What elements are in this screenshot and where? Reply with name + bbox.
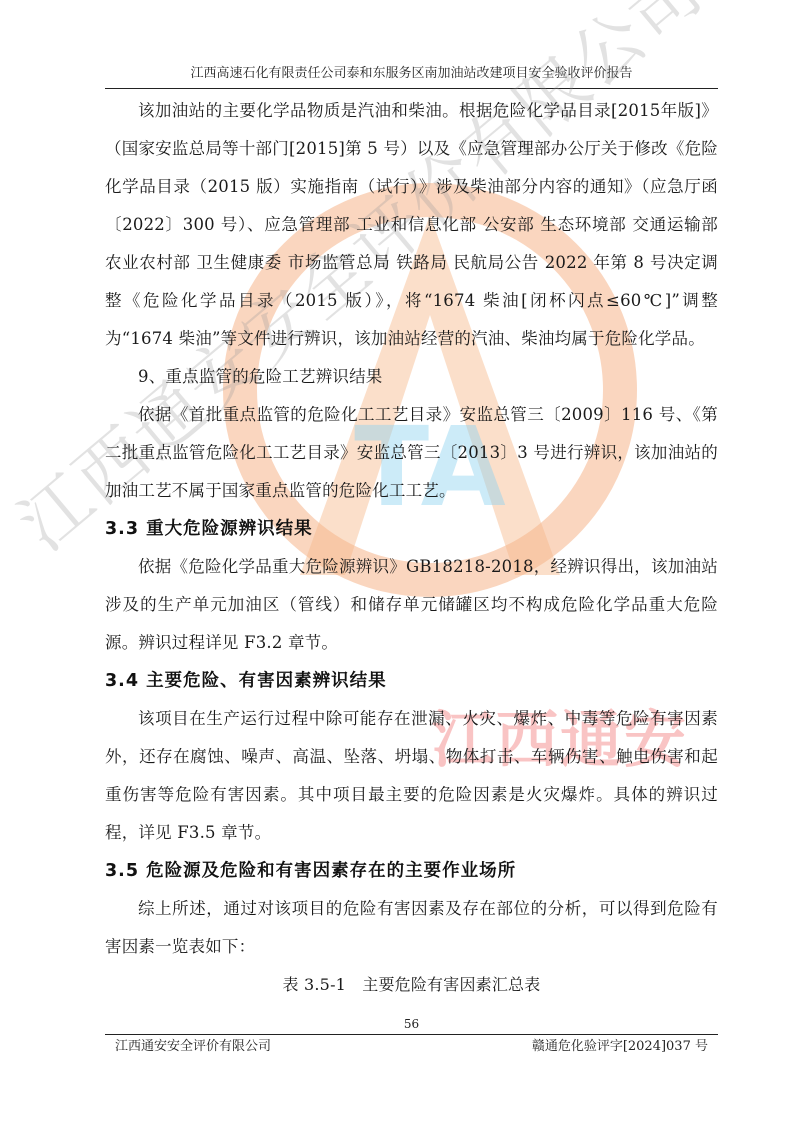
item-9-title: 9、重点监管的危险工艺辨识结果	[105, 358, 718, 396]
paragraph-hazardous-processes: 依据《首批重点监管的危险化工工艺目录》安监总管三〔2009〕116 号、《第二批…	[105, 396, 718, 510]
report-title: 江西高速石化有限责任公司泰和东服务区南加油站改建项目安全验收评价报告	[190, 66, 632, 81]
page-header: 江西高速石化有限责任公司泰和东服务区南加油站改建项目安全验收评价报告	[105, 64, 718, 89]
section-3-3-heading: 3.3 重大危险源辨识结果	[105, 510, 718, 548]
section-3-4-text: 该项目在生产运行过程中除可能存在泄漏、火灾、爆炸、中毒等危险有害因素外，还存在腐…	[105, 700, 718, 852]
page-footer: 江西通安安全评价有限公司 赣通危化验评字[2024]037 号	[105, 1034, 718, 1059]
page-number: 56	[105, 1016, 718, 1032]
section-3-4-heading: 3.4 主要危险、有害因素辨识结果	[105, 662, 718, 700]
footer-doc-number: 赣通危化验评字[2024]037 号	[532, 1035, 708, 1059]
document-body: 该加油站的主要化学品物质是汽油和柴油。根据危险化学品目录[2015年版]》（国家…	[105, 92, 718, 1004]
table-caption: 表 3.5-1 主要危险有害因素汇总表	[105, 966, 718, 1004]
paragraph-hazardous-chemicals: 该加油站的主要化学品物质是汽油和柴油。根据危险化学品目录[2015年版]》（国家…	[105, 92, 718, 358]
footer-company: 江西通安安全评价有限公司	[115, 1035, 271, 1059]
section-3-5-text: 综上所述，通过对该项目的危险有害因素及存在部位的分析，可以得到危险有害因素一览表…	[105, 890, 718, 966]
section-3-5-heading: 3.5 危险源及危险和有害因素存在的主要作业场所	[105, 852, 718, 890]
section-3-3-text: 依据《危险化学品重大危险源辨识》GB18218-2018，经辨识得出，该加油站涉…	[105, 548, 718, 662]
